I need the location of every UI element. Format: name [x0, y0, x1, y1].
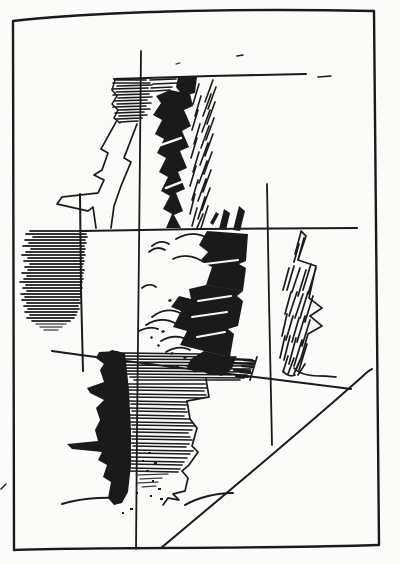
profile-a-contour-right: [111, 124, 137, 228]
frame-border: [13, 10, 379, 550]
hatch-c-block: [20, 231, 88, 321]
ink-drawing: [0, 0, 400, 564]
horizontal-line-top: [114, 74, 306, 79]
black-f-mass: [67, 350, 131, 505]
hatch-f-column: [126, 384, 207, 472]
hatch-c-fade: [36, 324, 66, 330]
hatch-b-column: [190, 80, 216, 228]
horizontal-line-top-dash: [318, 76, 331, 77]
top-dot-mark: [237, 55, 243, 56]
horizontal-line-middle: [80, 228, 357, 231]
blob-d-middle: [171, 285, 243, 357]
profile-a-hatch: [112, 80, 154, 122]
vertical-line-right: [267, 184, 272, 445]
stray-mark-left-edge: [1, 484, 6, 489]
sketch-page: [0, 0, 400, 564]
hatch-e-figure: [280, 232, 316, 375]
blob-d-tips: [210, 206, 245, 231]
ink-b-top-marks: [150, 79, 178, 91]
tail-e: [283, 368, 336, 377]
top-dot-mark-2: [176, 63, 180, 64]
profile-a-contour-left: [57, 122, 116, 228]
ink-b-ribbon: [153, 90, 193, 228]
